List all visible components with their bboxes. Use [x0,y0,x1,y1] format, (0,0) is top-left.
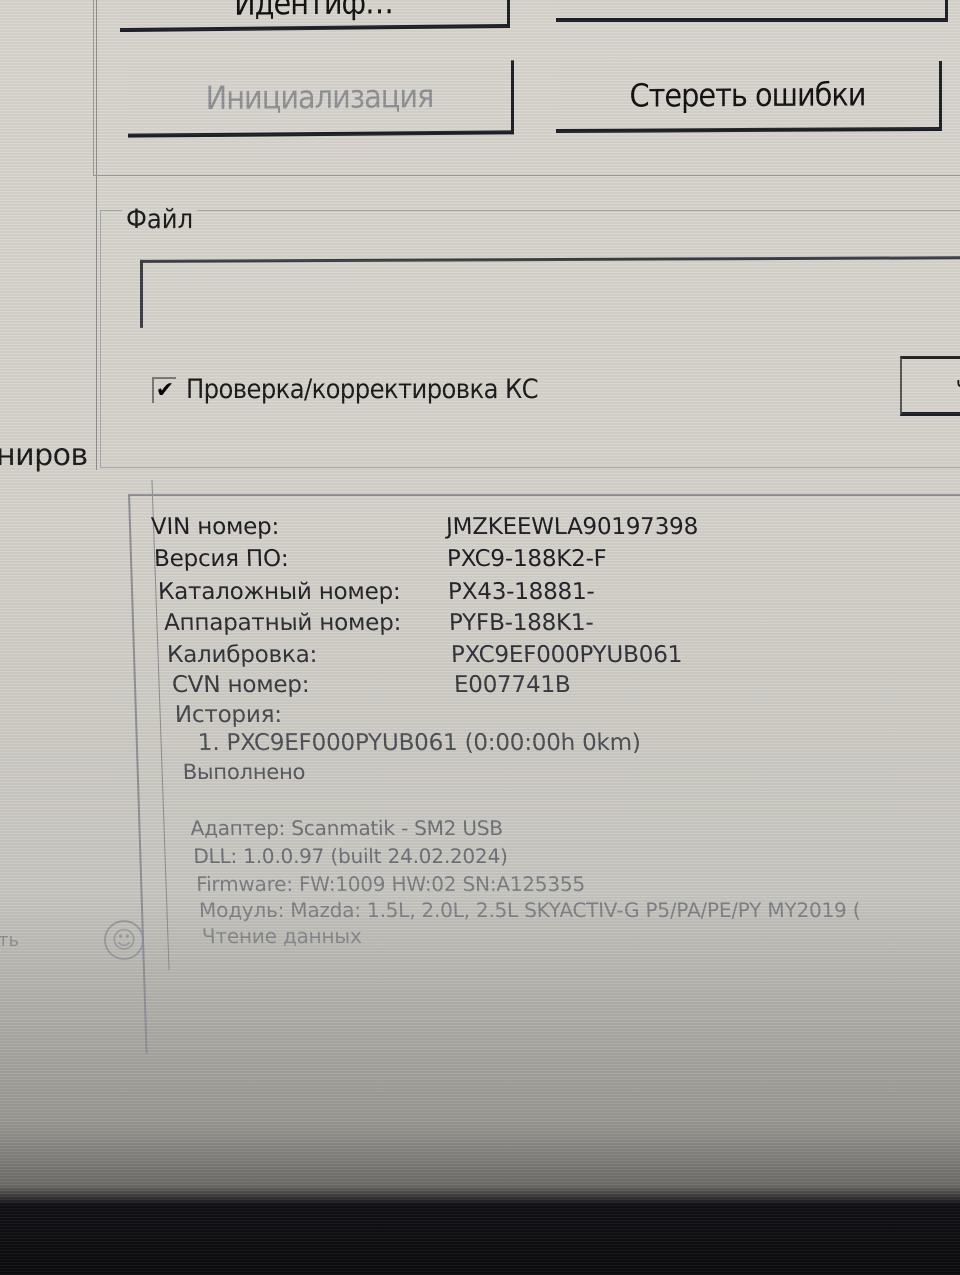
file-group-legend: Файл [122,204,197,235]
adapter-info: Адаптер: Scanmatik - SM2 USB [190,816,503,840]
file-path-input[interactable] [140,256,960,328]
firmware-info: Firmware: FW:1009 HW:02 SN:A125355 [196,872,585,896]
info-value: PXC9EF000PYUB061 [451,642,683,668]
info-value: PYFB-188K1- [449,610,594,636]
info-label: VIN номер: [151,514,280,540]
info-label: Аппаратный номер: [164,610,402,636]
top-right-button[interactable] [556,0,948,22]
info-value: PX43-18881- [448,579,595,605]
ecu-info-log[interactable]: VIN номер: JMZKEEWLA90197398 Версия ПО: … [128,494,960,1054]
info-label: Каталожный номер: [158,579,401,605]
left-panel-small-label: ть [0,930,19,951]
smiley-glyph: ☺ [111,926,136,954]
history-item: 1. PXC9EF000PYUB061 (0:00:00h 0km) [197,730,641,756]
erase-errors-button[interactable]: Стереть ошибки [556,61,942,133]
file-group [100,210,960,468]
info-value: JMZKEEWLA90197398 [446,514,699,540]
module-info: Модуль: Mazda: 1.5L, 2.0L, 2.5L SKYACTIV… [199,898,861,922]
info-label: CVN номер: [172,672,310,698]
info-value: PXC9-188K2-F [447,546,608,572]
initialization-button[interactable]: Инициализация [128,60,514,137]
checksum-checkbox-label: Проверка/корректировка КС [186,374,538,405]
info-label: Калибровка: [167,642,318,668]
file-action-button[interactable]: ч [900,356,960,416]
checkmark-icon: ✔ [156,378,174,403]
info-value: E007741B [454,672,571,698]
checksum-checkbox-row[interactable]: ✔ Проверка/корректировка КС [152,374,538,405]
dll-info: DLL: 1.0.0.97 (built 24.02.2024) [193,844,508,868]
checksum-checkbox[interactable]: ✔ [152,377,176,403]
smiley-icon[interactable]: ☺ [104,920,144,960]
status-reading: Чтение данных [202,924,362,948]
info-label: Версия ПО: [154,546,289,572]
file-action-button-label: ч [956,373,960,398]
identification-button[interactable]: Идентиф… [120,0,510,32]
history-title: История: [175,702,283,728]
left-panel-label: ниров [0,438,88,473]
status-done: Выполнено [182,760,305,784]
